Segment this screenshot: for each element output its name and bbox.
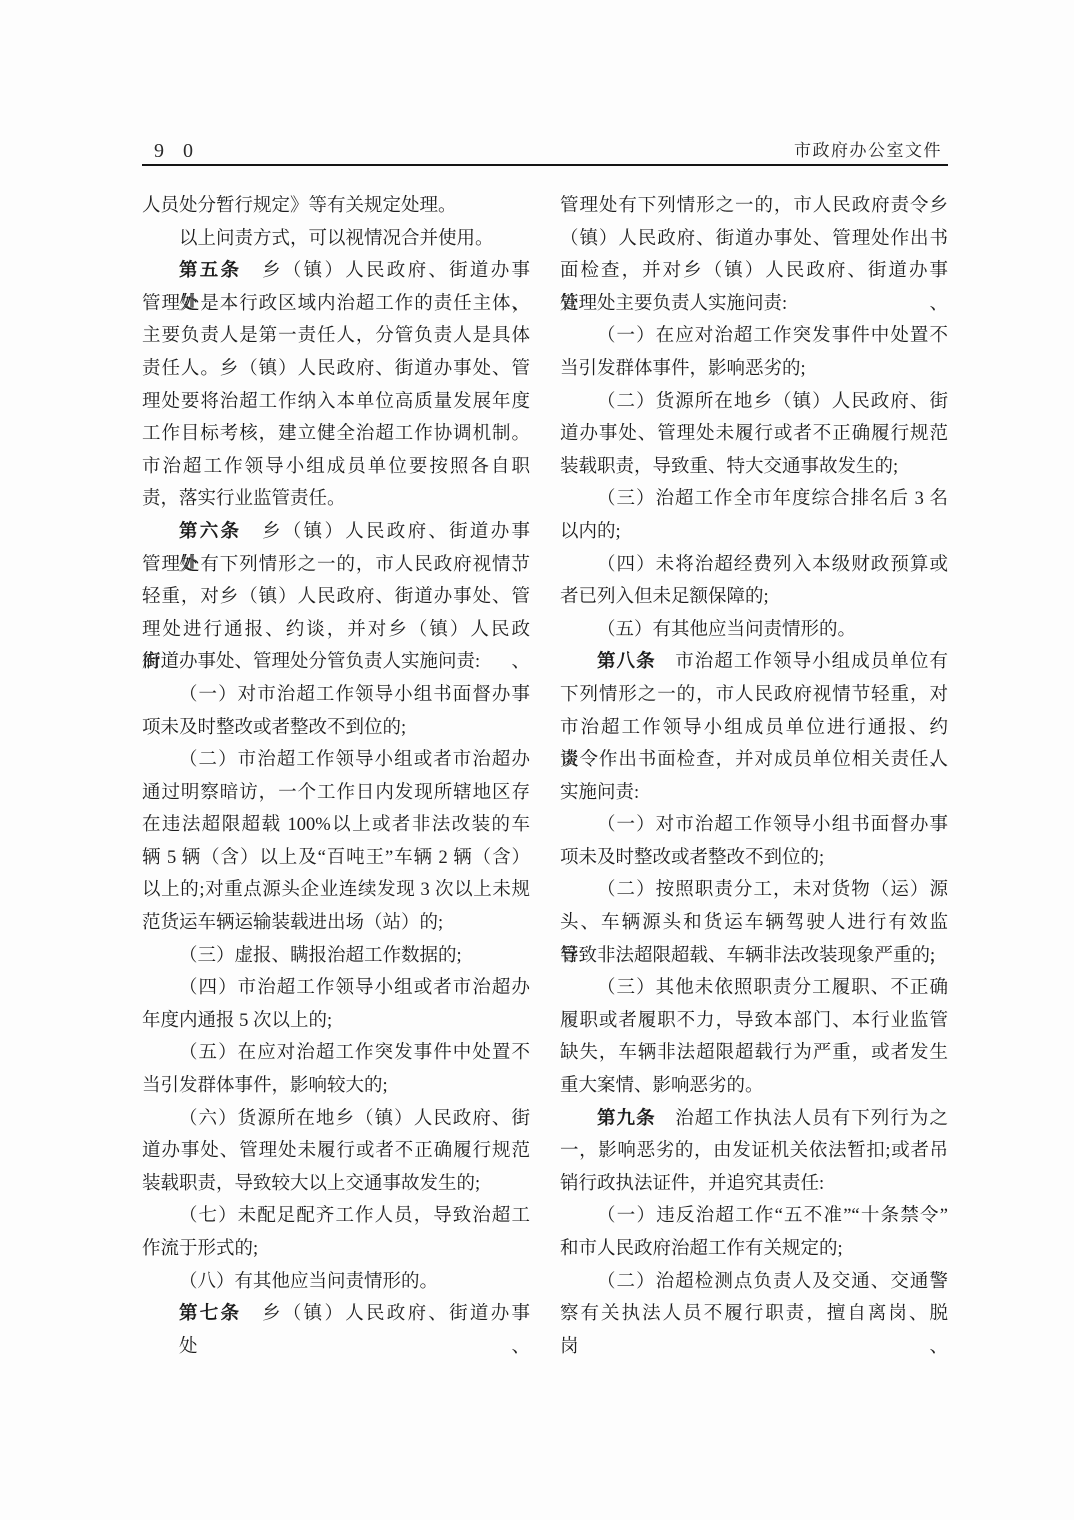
- article-number: 第八条: [597, 652, 656, 672]
- text-line: 一，影响恶劣的，由发证机关依法暂扣;或者吊: [560, 1135, 948, 1168]
- text-line: 管理处有下列情形之一的，市人民政府责令乡: [560, 190, 948, 223]
- text-line: 第八条 市治超工作领导小组成员单位有: [560, 646, 948, 679]
- text-line: 履职或者履职不力，导致本部门、本行业监管: [560, 1005, 948, 1038]
- text-line: 在违法超限超载 100%以上或者非法改装的车: [142, 809, 530, 842]
- text-line: （四）未将治超经费列入本级财政预算或: [560, 549, 948, 582]
- text-line: 下列情形之一的，市人民政府视情节轻重，对: [560, 679, 948, 712]
- text-line: （三）其他未依照职责分工履职、不正确: [560, 972, 948, 1005]
- text-line: 通过明察暗访，一个工作日内发现所辖地区存: [142, 777, 530, 810]
- text-line: （五）有其他应当问责情形的。: [560, 614, 948, 647]
- text-line: 第五条 乡（镇）人民政府、街道办事处、: [142, 255, 530, 288]
- text-line: （七）未配足配齐工作人员，导致治超工: [142, 1200, 530, 1233]
- text-line: （一）对市治超工作领导小组书面督办事: [142, 679, 530, 712]
- text-line: 轻重，对乡（镇）人民政府、街道办事处、管: [142, 581, 530, 614]
- text-line: 销行政执法证件，并追究其责任:: [560, 1168, 948, 1201]
- text-line: （二）货源所在地乡（镇）人民政府、街: [560, 386, 948, 419]
- text-line: 导致非法超限超载、车辆非法改装现象严重的;: [560, 940, 948, 973]
- text-line: （二）市治超工作领导小组或者市治超办: [142, 744, 530, 777]
- left-column: 人员处分暂行规定》等有关规定处理。以上问责方式，可以视情况合并使用。第五条 乡（…: [142, 190, 530, 1331]
- text-line: （一）对市治超工作领导小组书面督办事: [560, 809, 948, 842]
- text-line: 装载职责，导致重、特大交通事故发生的;: [560, 451, 948, 484]
- text-line: （三）治超工作全市年度综合排名后 3 名: [560, 483, 948, 516]
- text-line: 工作目标考核，建立健全治超工作协调机制。: [142, 418, 530, 451]
- text-line: 管理处有下列情形之一的，市人民政府视情节: [142, 549, 530, 582]
- text-line: 和市人民政府治超工作有关规定的;: [560, 1233, 948, 1266]
- text-line: 项未及时整改或者整改不到位的;: [560, 842, 948, 875]
- text-line: 范货运车辆运输装载进出场（站）的;: [142, 907, 530, 940]
- text-line: 当引发群体事件，影响恶劣的;: [560, 353, 948, 386]
- text-line: （二）治超检测点负责人及交通、交通警: [560, 1266, 948, 1299]
- text-line: 年度内通报 5 次以上的;: [142, 1005, 530, 1038]
- text-line: 缺失，车辆非法超限超载行为严重，或者发生: [560, 1037, 948, 1070]
- article-number: 第七条: [179, 1304, 241, 1324]
- text-line: 察有关执法人员不履行职责，擅自离岗、脱岗、: [560, 1298, 948, 1331]
- page-header: 9 0 市政府办公室文件: [142, 132, 948, 164]
- text-line: 理处进行通报、约谈，并对乡（镇）人民政府、: [142, 614, 530, 647]
- text-line: （六）货源所在地乡（镇）人民政府、街: [142, 1103, 530, 1136]
- text-line: 作流于形式的;: [142, 1233, 530, 1266]
- text-line: 道办事处、管理处未履行或者不正确履行规范: [560, 418, 948, 451]
- text-line: （五）在应对治超工作突发事件中处置不: [142, 1037, 530, 1070]
- text-line: 市治超工作领导小组成员单位进行通报、约谈、: [560, 712, 948, 745]
- text-line: 实施问责:: [560, 777, 948, 810]
- text-line: 人员处分暂行规定》等有关规定处理。: [142, 190, 530, 223]
- article-number: 第五条: [179, 261, 241, 281]
- text-line: 辆 5 辆（含）以上及“百吨王”车辆 2 辆（含）: [142, 842, 530, 875]
- text-line: 第七条 乡（镇）人民政府、街道办事处、: [142, 1298, 530, 1331]
- right-column: 管理处有下列情形之一的，市人民政府责令乡（镇）人民政府、街道办事处、管理处作出书…: [560, 190, 948, 1331]
- text-line: 当引发群体事件，影响较大的;: [142, 1070, 530, 1103]
- text-line: 道办事处、管理处未履行或者不正确履行规范: [142, 1135, 530, 1168]
- text-line: 市治超工作领导小组成员单位要按照各自职: [142, 451, 530, 484]
- text-line: 责令作出书面检查，并对成员单位相关责任人: [560, 744, 948, 777]
- text-line: 以上的;对重点源头企业连续发现 3 次以上未规: [142, 874, 530, 907]
- text-line: 第九条 治超工作执法人员有下列行为之: [560, 1103, 948, 1136]
- text-line: 责，落实行业监管责任。: [142, 483, 530, 516]
- text-line: 面检查，并对乡（镇）人民政府、街道办事处、: [560, 255, 948, 288]
- article-number: 第九条: [597, 1109, 656, 1129]
- text-line: 街道办事处、管理处分管负责人实施问责:: [142, 646, 530, 679]
- text-line: 以上问责方式，可以视情况合并使用。: [142, 223, 530, 256]
- header-title: 市政府办公室文件: [794, 136, 942, 161]
- text-line: 主要负责人是第一责任人，分管负责人是具体: [142, 320, 530, 353]
- text-line: 项未及时整改或者整改不到位的;: [142, 712, 530, 745]
- text-line: 者已列入但未足额保障的;: [560, 581, 948, 614]
- header-rule: [142, 164, 948, 166]
- text-line: （一）在应对治超工作突发事件中处置不: [560, 320, 948, 353]
- text-line: （三）虚报、瞒报治超工作数据的;: [142, 940, 530, 973]
- text-line: 以内的;: [560, 516, 948, 549]
- text-line: 责任人。乡（镇）人民政府、街道办事处、管: [142, 353, 530, 386]
- text-line: 装载职责，导致较大以上交通事故发生的;: [142, 1168, 530, 1201]
- text-line: （四）市治超工作领导小组或者市治超办: [142, 972, 530, 1005]
- text-line: 头、车辆源头和货运车辆驾驶人进行有效监管，: [560, 907, 948, 940]
- text-line: （八）有其他应当问责情形的。: [142, 1266, 530, 1299]
- text-line: 第六条 乡（镇）人民政府、街道办事处、: [142, 516, 530, 549]
- text-line: 理处要将治超工作纳入本单位高质量发展年度: [142, 386, 530, 419]
- text-line: 重大案情、影响恶劣的。: [560, 1070, 948, 1103]
- text-line: （镇）人民政府、街道办事处、管理处作出书: [560, 223, 948, 256]
- page-number: 9 0: [154, 140, 200, 163]
- text-line: （二）按照职责分工，未对货物（运）源: [560, 874, 948, 907]
- document-page: 9 0 市政府办公室文件 人员处分暂行规定》等有关规定处理。以上问责方式，可以视…: [0, 0, 1074, 1520]
- text-line: 管理处是本行政区域内治超工作的责任主体，: [142, 288, 530, 321]
- article-number: 第六条: [179, 522, 241, 542]
- text-line: （一）违反治超工作“五不准”“十条禁令”: [560, 1200, 948, 1233]
